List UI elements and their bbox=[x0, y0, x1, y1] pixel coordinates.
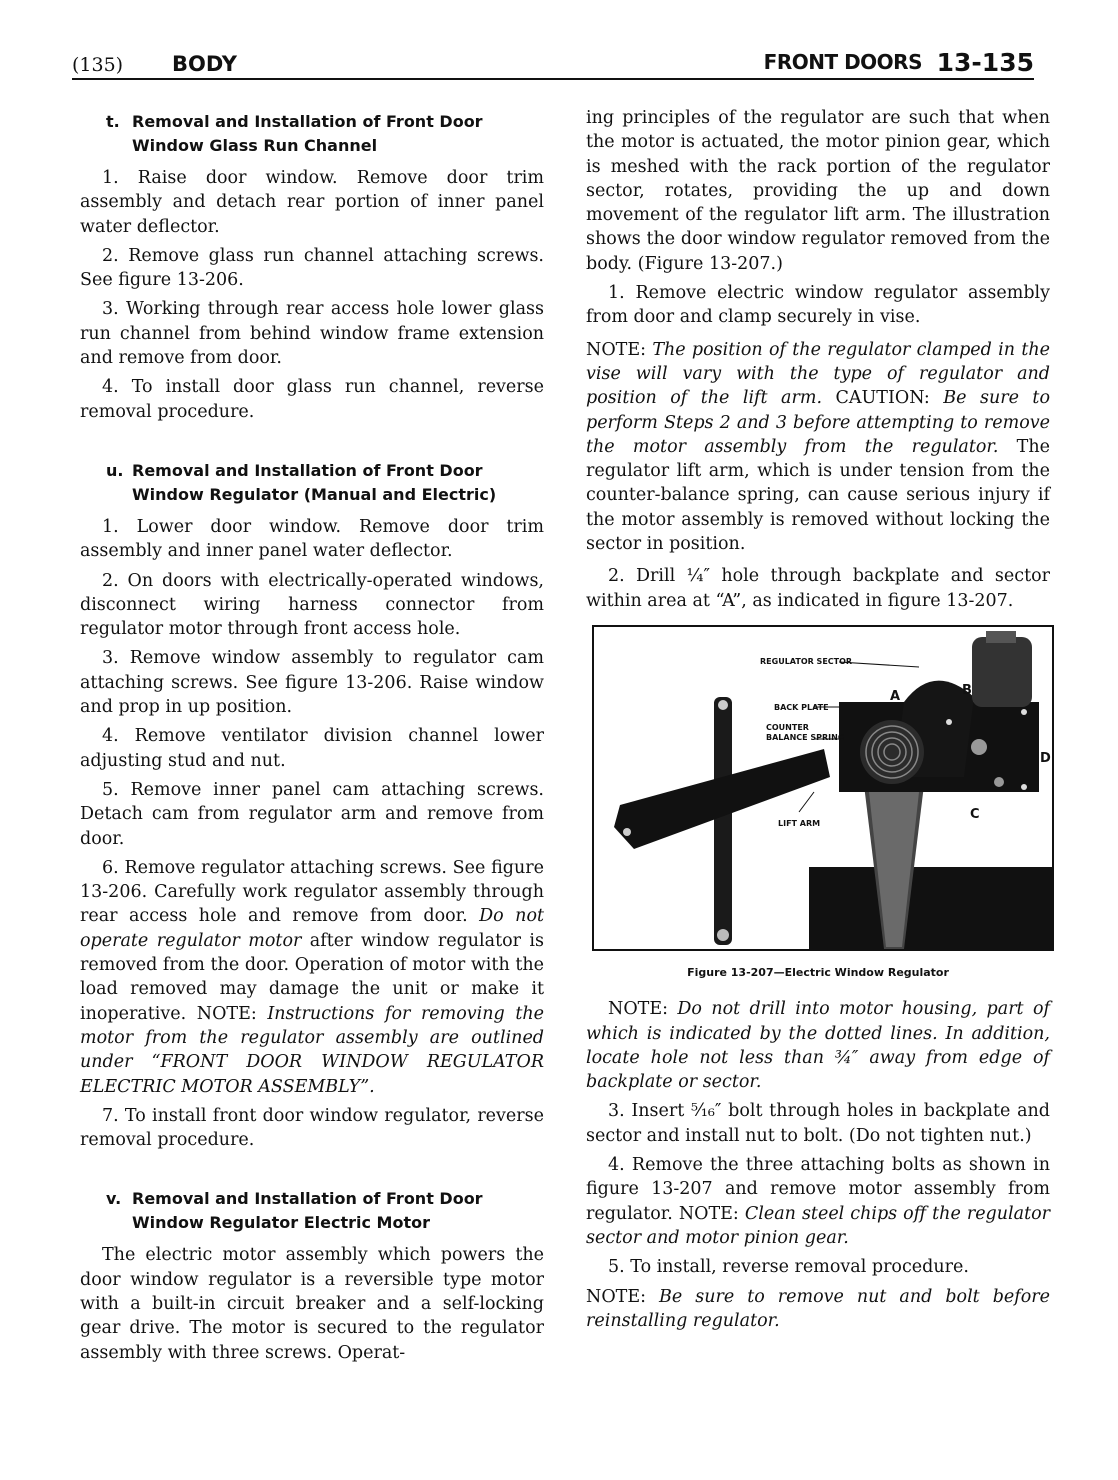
heading-text: Removal and Installation of Front Door W… bbox=[132, 112, 483, 155]
regulator-photo-illustration bbox=[594, 627, 1052, 949]
intro-continued: ing principles of the regulator are such… bbox=[586, 106, 1050, 276]
section-title: FRONT DOORS bbox=[764, 50, 922, 74]
step-v-3: 3. Insert ⁵⁄₁₆″ bolt through holes in ba… bbox=[586, 1099, 1050, 1148]
step-text: 6. Remove regulator attaching screws. Se… bbox=[80, 858, 544, 927]
note-label: NOTE: bbox=[608, 999, 677, 1019]
note-label: NOTE: bbox=[586, 1287, 659, 1307]
label-regulator-sector: REGULATOR SECTOR bbox=[760, 657, 852, 666]
step-t-3: 3. Working through rear access hole lowe… bbox=[80, 297, 544, 370]
heading-text: Removal and Installation of Front Door W… bbox=[132, 461, 496, 504]
heading-letter: v. bbox=[106, 1187, 132, 1211]
step-u-4: 4. Remove ventilator division channel lo… bbox=[80, 724, 544, 773]
step-u-1: 1. Lower door window. Remove door trim a… bbox=[80, 515, 544, 564]
step-u-6: 6. Remove regulator attaching screws. Se… bbox=[80, 856, 544, 1099]
note-caution: NOTE: The position of the regulator clam… bbox=[586, 338, 1050, 557]
step-v-2: 2. Drill ¼″ hole through backplate and s… bbox=[586, 564, 1050, 613]
step-v-5: 5. To install, reverse removal procedure… bbox=[586, 1255, 1050, 1279]
note-drill: NOTE: Do not drill into motor housing, p… bbox=[586, 997, 1050, 1094]
label-back-plate: BACK PLATE bbox=[774, 703, 829, 712]
heading-letter: t. bbox=[106, 110, 132, 134]
step-t-4: 4. To install door glass run channel, re… bbox=[80, 375, 544, 424]
step-u-2: 2. On doors with electrically-operated w… bbox=[80, 569, 544, 642]
label-point-d: D bbox=[1040, 747, 1051, 771]
section-heading-u: u.Removal and Installation of Front Door… bbox=[80, 459, 544, 507]
chapter-title: BODY bbox=[172, 52, 237, 76]
step-t-2: 2. Remove glass run channel attaching sc… bbox=[80, 244, 544, 293]
label-balance-spring: BALANCE SPRING bbox=[766, 733, 844, 742]
step-v-4: 4. Remove the three attaching bolts as s… bbox=[586, 1153, 1050, 1250]
page-number: 13-135 bbox=[937, 48, 1034, 77]
label-point-a: A bbox=[890, 685, 900, 709]
note-final: NOTE: Be sure to remove nut and bolt bef… bbox=[586, 1285, 1050, 1334]
figure-caption: Figure 13-207—Electric Window Regulator bbox=[586, 961, 1050, 985]
intro-v: The electric motor assembly which powers… bbox=[80, 1243, 544, 1364]
step-u-7: 7. To install front door window regulato… bbox=[80, 1104, 544, 1153]
section-heading-t: t.Removal and Installation of Front Door… bbox=[80, 110, 544, 158]
step-v-1: 1. Remove electric window regulator asse… bbox=[586, 281, 1050, 330]
step-t-1: 1. Raise door window. Remove door trim a… bbox=[80, 166, 544, 239]
label-counter: COUNTER bbox=[766, 723, 809, 732]
label-point-c: C bbox=[970, 803, 980, 827]
section-heading-v: v.Removal and Installation of Front Door… bbox=[80, 1187, 544, 1235]
heading-text: Removal and Installation of Front Door W… bbox=[132, 1189, 483, 1232]
step-u-5: 5. Remove inner panel cam attaching scre… bbox=[80, 778, 544, 851]
label-point-b: B bbox=[962, 679, 972, 703]
step-u-3: 3. Remove window assembly to regulator c… bbox=[80, 646, 544, 719]
caution-label: CAUTION: bbox=[822, 388, 943, 408]
figure-electric-window-regulator: REGULATOR SECTOR BACK PLATE COUNTER BALA… bbox=[592, 625, 1054, 951]
label-lift-arm: LIFT ARM bbox=[778, 819, 820, 828]
page-paren-number: (135) bbox=[72, 54, 123, 76]
left-column: t.Removal and Installation of Front Door… bbox=[80, 110, 544, 1370]
page-header: (135) BODY FRONT DOORS 13-135 bbox=[72, 48, 1034, 80]
right-column: ing principles of the regulator are such… bbox=[586, 106, 1050, 1338]
heading-letter: u. bbox=[106, 459, 132, 483]
note-label: NOTE: bbox=[586, 340, 652, 360]
